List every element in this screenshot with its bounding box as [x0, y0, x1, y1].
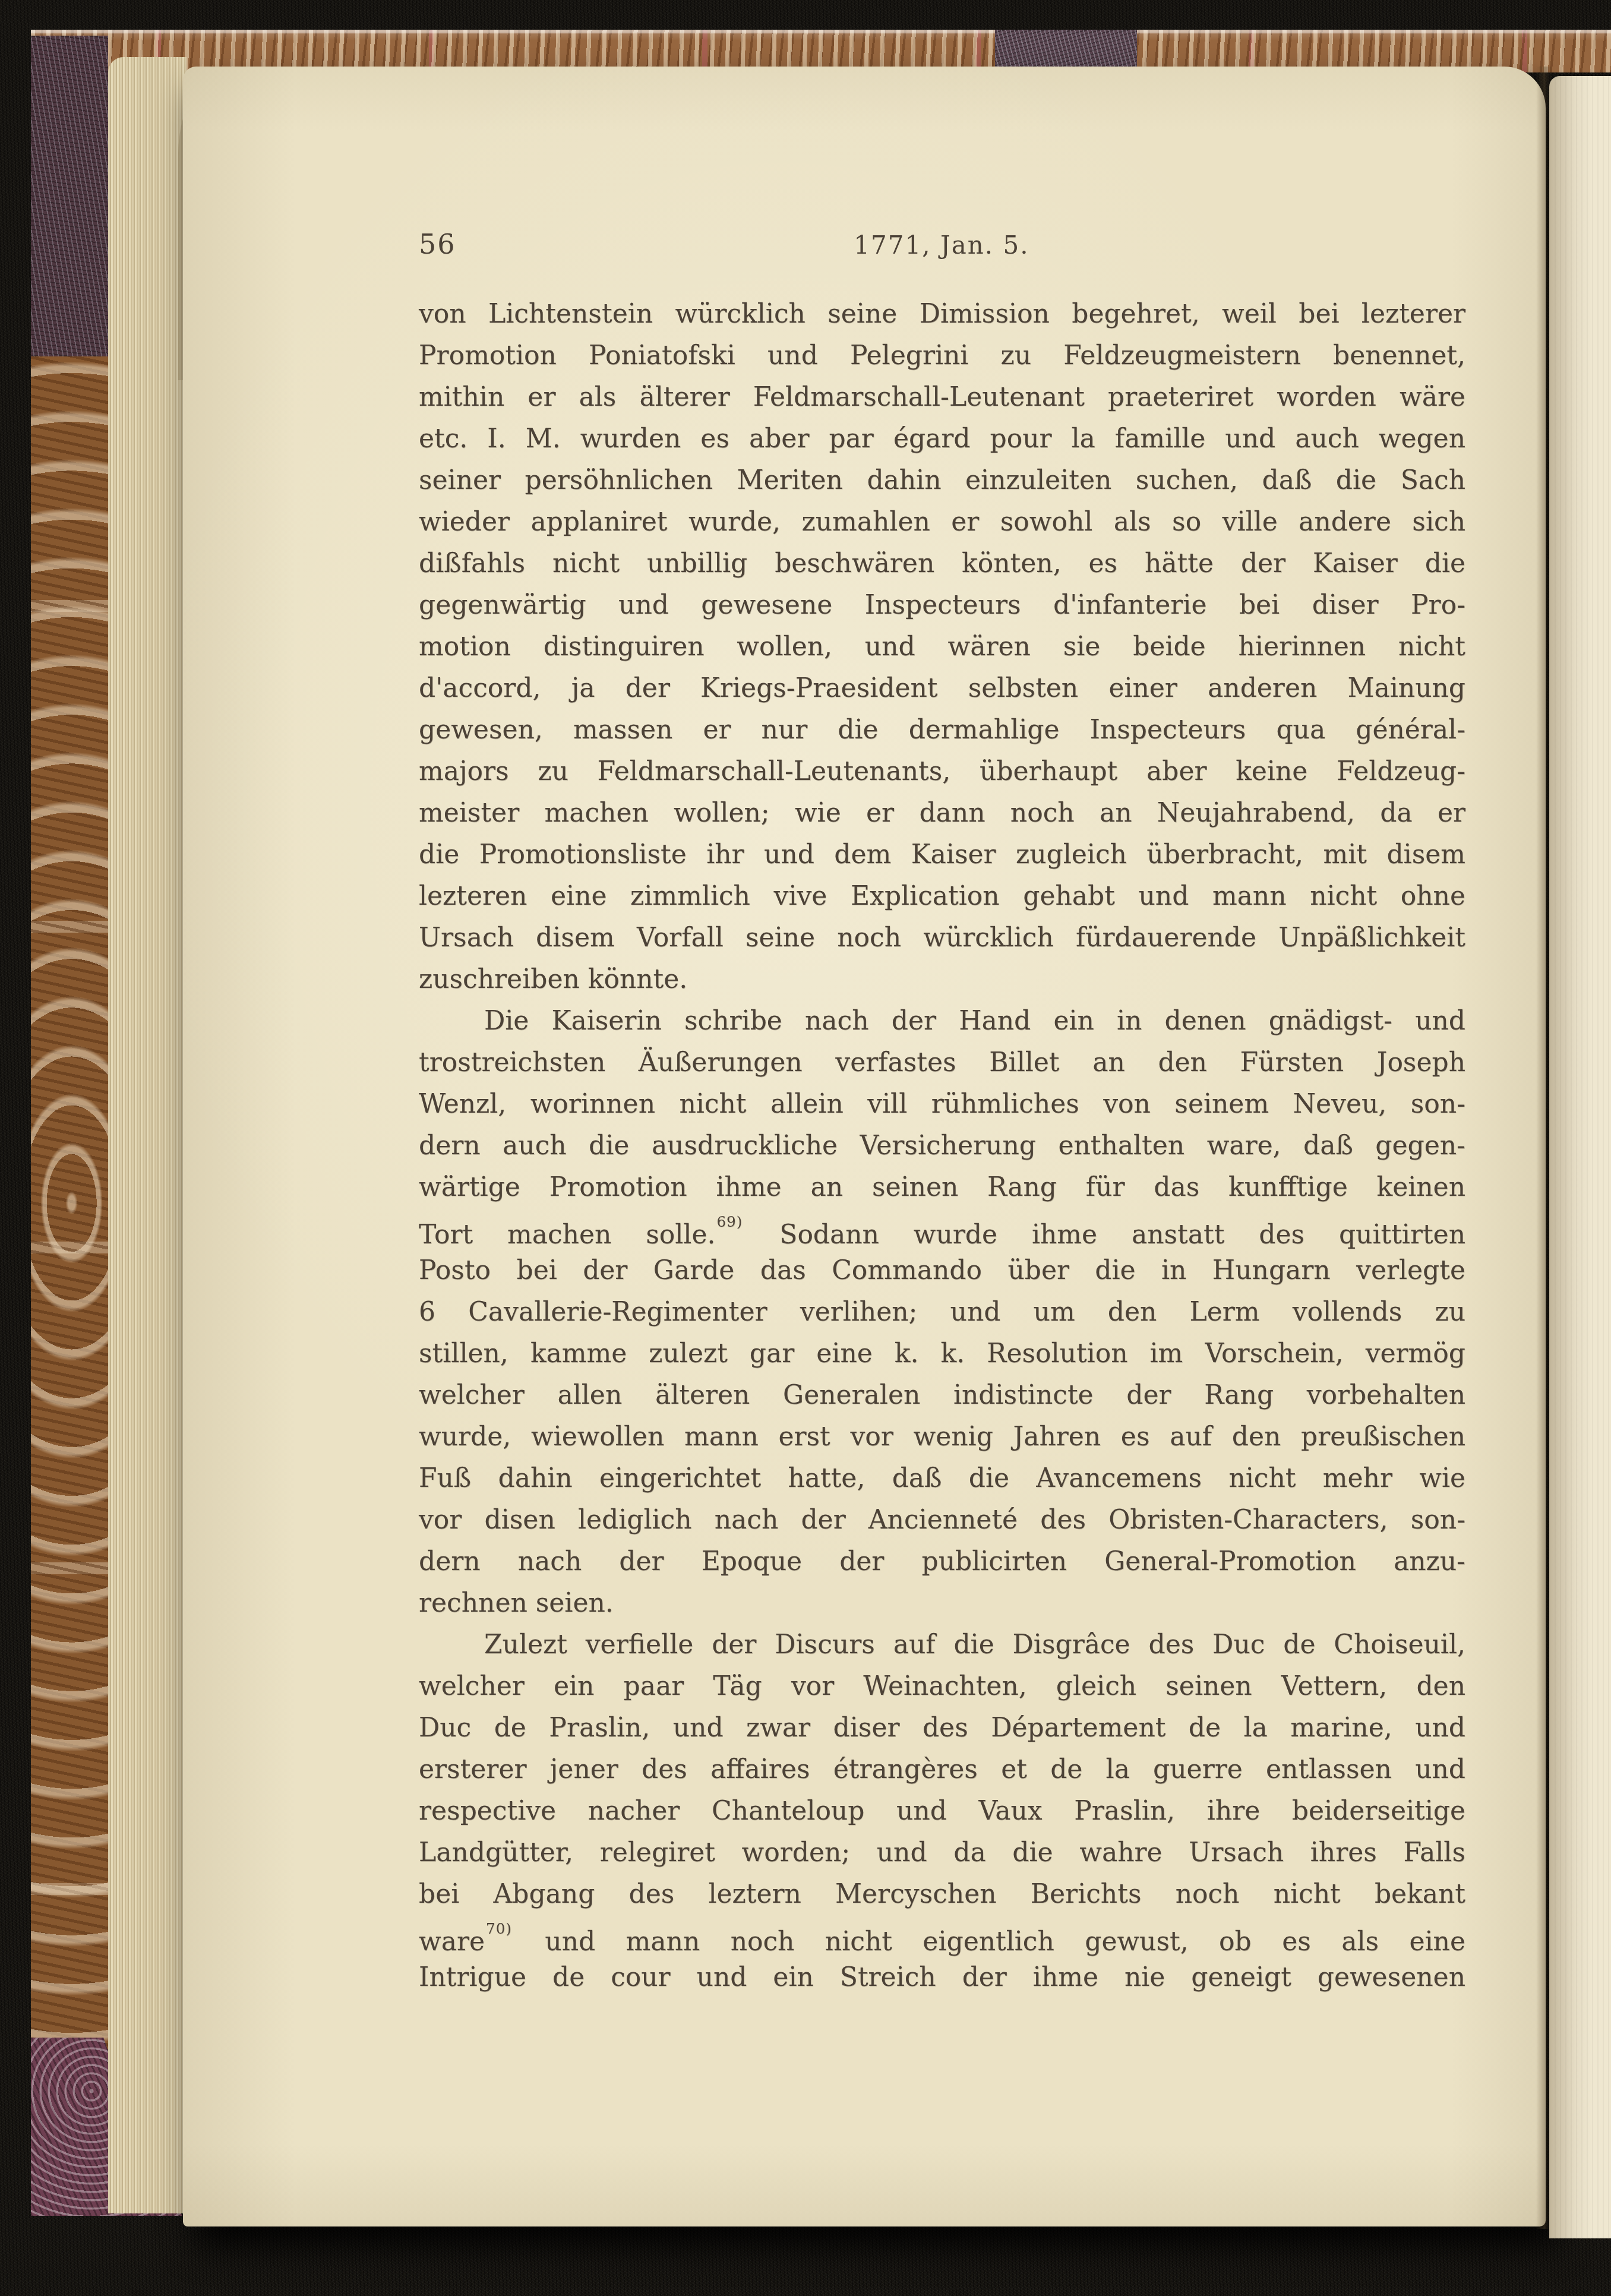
page-header-row: 56 1771, Jan. 5.: [419, 228, 1464, 271]
text-line: Posto bei der Garde das Commando über di…: [419, 1250, 1465, 1291]
text-line: wieder applaniret wurde, zumahlen er sow…: [419, 501, 1465, 543]
text-line: trostreichsten Äußerungen verfastes Bill…: [419, 1042, 1465, 1084]
text-line: die Promotionsliste ihr und dem Kaiser z…: [419, 834, 1465, 876]
text-line: wärtige Promotion ihme an seinen Rang fü…: [419, 1167, 1465, 1208]
text-line: dern auch die ausdruckliche Versicherung…: [419, 1125, 1465, 1167]
text-line: stillen, kamme zulezt gar eine k. k. Res…: [419, 1333, 1465, 1375]
text-line: rechnen seien.: [419, 1583, 1465, 1624]
text-line: zuschreiben könnte.: [419, 959, 1465, 1000]
book-page: 56 1771, Jan. 5. von Lichtenstein würckl…: [183, 67, 1546, 2226]
footnote-ref: 70): [486, 1920, 512, 1937]
text-line: mithin er als älterer Feldmarschall-Leut…: [419, 377, 1465, 418]
text-line: lezteren eine zimmlich vive Explication …: [419, 876, 1465, 917]
text-line: Tort machen solle.69) Sodann wurde ihme …: [419, 1208, 1465, 1250]
page-edge-stack: [108, 57, 187, 2213]
text-line: welcher ein paar Täg vor Weinachten, gle…: [419, 1666, 1465, 1707]
book-cover-leather: [31, 36, 108, 368]
text-line: ware70) und mann noch nicht eigentlich g…: [419, 1915, 1465, 1957]
text-line: Zulezt verfielle der Discurs auf die Dis…: [419, 1624, 1465, 1666]
text-line: dißfahls nicht unbillig beschwären könte…: [419, 543, 1465, 585]
paragraph: Die Kaiserin schribe nach der Hand ein i…: [419, 1000, 1465, 1624]
text-line: von Lichtenstein würcklich seine Dimissi…: [419, 293, 1465, 335]
text-line: vor disen lediglich nach der Ancienneté …: [419, 1499, 1465, 1541]
page-body: von Lichtenstein würcklich seine Dimissi…: [419, 293, 1465, 1998]
text-line: Fuß dahin eingerichtet hatte, daß die Av…: [419, 1458, 1465, 1499]
text-line: gegenwärtig und gewesene Inspecteurs d'i…: [419, 585, 1465, 626]
text-line: Wenzl, worinnen nicht allein vill rühmli…: [419, 1084, 1465, 1125]
text-line: majors zu Feldmarschall-Leutenants, über…: [419, 751, 1465, 792]
text-line: motion distinguiren wollen, und wären si…: [419, 626, 1465, 668]
text-line: d'accord, ja der Kriegs-Praesident selbs…: [419, 668, 1465, 709]
text-line: bei Abgang des leztern Mercyschen Berich…: [419, 1874, 1465, 1915]
text-line: Landgütter, relegiret worden; und da die…: [419, 1832, 1465, 1874]
text-line: Die Kaiserin schribe nach der Hand ein i…: [419, 1000, 1465, 1042]
text-line: etc. I. M. wurden es aber par égard pour…: [419, 418, 1465, 460]
text-line: dern nach der Epoque der publicirten Gen…: [419, 1541, 1465, 1583]
text-line: wurde, wiewollen mann erst vor wenig Jah…: [419, 1416, 1465, 1458]
text-line: ersterer jener des affaires étrangères e…: [419, 1749, 1465, 1790]
running-header: 1771, Jan. 5.: [419, 230, 1464, 260]
footnote-ref: 69): [716, 1213, 743, 1230]
facing-page-edge: [1549, 76, 1611, 2238]
text-line: Ursach disem Vorfall seine noch würcklic…: [419, 917, 1465, 959]
text-line: welcher allen älteren Generalen indistin…: [419, 1375, 1465, 1416]
paragraph: Zulezt verfielle der Discurs auf die Dis…: [419, 1624, 1465, 1998]
scan-background: { "book_page": { "page_number": "56", "r…: [0, 0, 1611, 2296]
text-line: respective nacher Chanteloup und Vaux Pr…: [419, 1790, 1465, 1832]
marbled-board-edge: [31, 356, 109, 2049]
text-line: seiner persöhnlichen Meriten dahin einzu…: [419, 460, 1465, 501]
text-line: gewesen, massen er nur die dermahlige In…: [419, 709, 1465, 751]
text-line: Intrigue de cour und ein Streich der ihm…: [419, 1957, 1465, 1998]
text-line: Duc de Praslin, und zwar diser des Dépar…: [419, 1707, 1465, 1749]
text-line: Promotion Poniatofski und Pelegrini zu F…: [419, 335, 1465, 377]
text-line: meister machen wollen; wie er dann noch …: [419, 792, 1465, 834]
paragraph: von Lichtenstein würcklich seine Dimissi…: [419, 293, 1465, 1000]
text-line: 6 Cavallerie-Regimenter verlihen; und um…: [419, 1291, 1465, 1333]
